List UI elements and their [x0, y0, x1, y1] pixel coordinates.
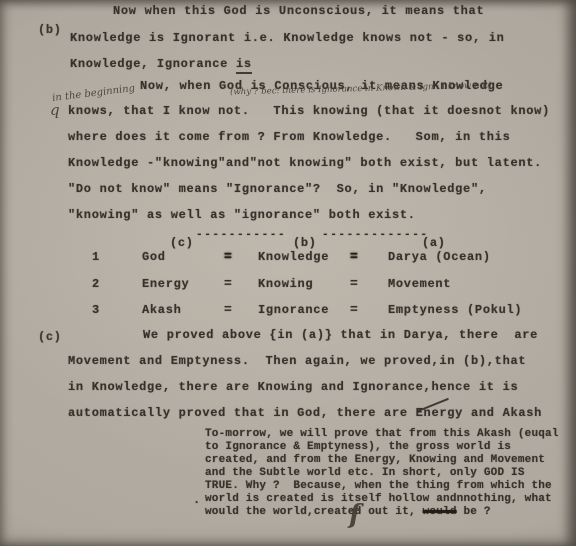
equals-sign: =: [350, 303, 359, 317]
text-line: Movement and Emptyness. Then again, we p…: [68, 354, 526, 368]
text-line: created, and from the Energy, Knowing an…: [205, 453, 545, 467]
table-header-a: (a): [422, 236, 446, 250]
text-segment: would the world,created out it,: [205, 506, 423, 518]
text-line: We proved above {in (a)} that in Darya, …: [143, 328, 538, 342]
equals-sign: =: [224, 250, 233, 264]
row-number: 3: [92, 303, 100, 317]
struck-word: would: [423, 506, 457, 518]
table-cell: Energy: [142, 277, 189, 291]
text-segment: Knowledge, Ignorance: [70, 57, 236, 71]
text-line: Knowledge, Ignorance is: [70, 57, 252, 71]
dashed-rule: -----------: [196, 228, 286, 242]
text-line: would the world,created out it, would be…: [205, 505, 491, 519]
table-header-c: (c): [170, 236, 194, 250]
dashed-rule: -------------: [322, 228, 429, 242]
text-line: To-morrow, we will prove that from this …: [205, 427, 559, 441]
table-cell: Knowing: [258, 277, 313, 291]
table-cell: God: [142, 250, 166, 264]
text-line: where does it come from ? From Knowledge…: [68, 130, 510, 144]
text-line: automatically proved that in God, there …: [68, 406, 542, 420]
table-cell: Movement: [388, 277, 451, 291]
margin-mark-q: q: [50, 101, 60, 119]
handwritten-note-left: in the beginning: [52, 83, 136, 104]
scanned-typewritten-page: Now when this God is Unconscious, it mea…: [0, 0, 576, 546]
text-line: "knowing" as well as "ignorance" both ex…: [68, 208, 416, 222]
table-cell: Knowledge: [258, 250, 329, 264]
margin-label-c: (c): [38, 330, 62, 344]
table-cell: Darya (Ocean): [388, 250, 491, 264]
table-header-b: (b): [293, 236, 317, 250]
text-line: "Do not know" means "Ignorance"? So, in …: [68, 182, 487, 196]
text-line: world is created is itself hollow andnno…: [205, 492, 552, 506]
equals-sign: =: [350, 250, 359, 264]
text-line: in Knowledge, there are Knowing and Igno…: [68, 380, 518, 394]
underlined-word: is: [236, 57, 252, 74]
text-line: to Ignorance & Emptyness), the gross wor…: [205, 440, 511, 454]
stray-dot: .: [193, 493, 200, 507]
table-cell: Akash: [142, 303, 182, 317]
text-line: Knowledge is Ignorant i.e. Knowledge kno…: [70, 31, 505, 45]
handwritten-insertion-mark: f: [349, 500, 360, 530]
text-line: Now when this God is Unconscious, it mea…: [113, 4, 484, 18]
equals-sign: =: [350, 277, 359, 291]
row-number: 1: [92, 250, 100, 264]
table-cell: Ignorance: [258, 303, 329, 317]
text-line: knows, that I know not. This knowing (th…: [68, 104, 550, 118]
text-line: Knowledge -"knowing"and"not knowing" bot…: [68, 156, 542, 170]
text-line: and the Subtle world etc. In short, only…: [205, 466, 525, 480]
text-line: TRUE. Why ? Because, when the thing from…: [205, 479, 552, 493]
margin-label-b: (b): [38, 23, 62, 37]
equals-sign: =: [224, 303, 233, 317]
equals-sign: =: [224, 277, 233, 291]
table-cell: Emptyness (Pokul): [388, 303, 522, 317]
row-number: 2: [92, 277, 100, 291]
text-segment: be ?: [457, 506, 491, 518]
